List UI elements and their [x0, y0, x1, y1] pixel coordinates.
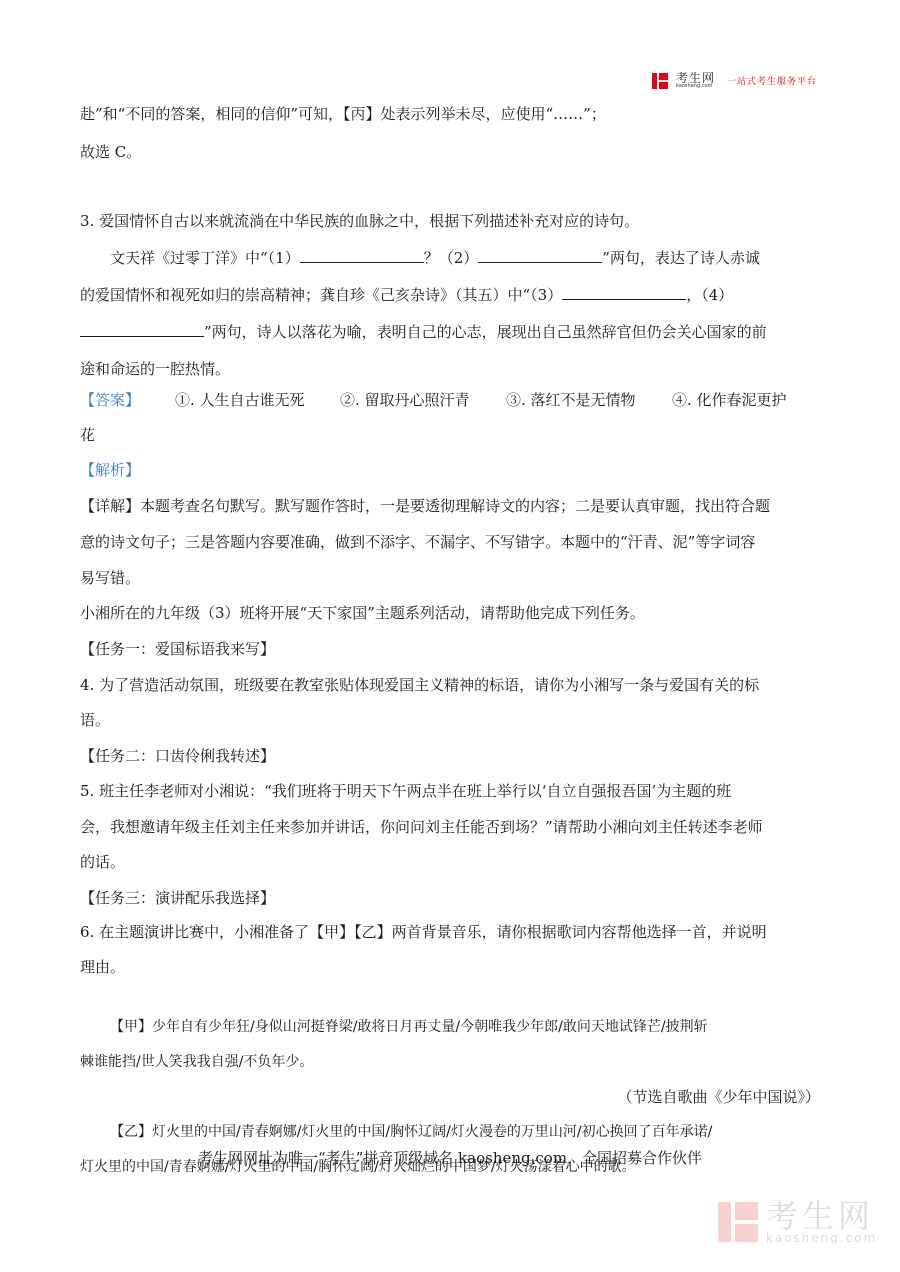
task2-title: 【任务二：口齿伶俐我转述】	[80, 746, 275, 766]
q4-line1: 4. 为了营造活动氛围，班级要在教室张贴体现爱国主义精神的标语，请你为小湘写一条…	[80, 675, 759, 695]
q3-para-line2: 的爱国情怀和视死如归的崇高精神；龚自珍《己亥杂诗》（其五）中“（3），（4）	[80, 285, 733, 305]
lyrics-jia-line2: 棘谁能挡/世人笑我我自强/不负年少。	[80, 1052, 313, 1072]
task3-title: 【任务三：演讲配乐我选择】	[80, 888, 275, 908]
text: 文天祥《过零丁洋》中“（1）	[110, 249, 300, 267]
detail-line3: 易写错。	[80, 568, 140, 588]
prev-answer-line2: 故选 C。	[80, 142, 141, 162]
prev-answer-line1: 赴”和“不同的答案，相同的信仰”可知，【丙】处表示列举未尽，应使用“……”；	[80, 104, 606, 124]
watermark-en: kaosheng.com	[766, 1232, 877, 1244]
answer-1: ①. 人生自古谁无死	[175, 390, 340, 410]
lyrics-jia-source: （节选自歌曲《少年中国说》）	[617, 1087, 820, 1107]
answer-4: ④. 化作春泥更护	[672, 390, 787, 410]
q6-line2: 理由。	[80, 957, 125, 977]
header-logo: 考生网 kaosheng.com 一站式考生服务平台	[652, 72, 817, 89]
watermark-text: 考生网 kaosheng.com	[766, 1200, 877, 1244]
watermark-cn: 考生网	[766, 1200, 877, 1232]
detail-line2: 意的诗文句子；三是答题内容要准确，做到不添字、不漏字、不写错字。本题中的“汗青、…	[80, 532, 755, 552]
text: ？（2）	[424, 249, 479, 267]
kaosheng-logo-icon	[652, 73, 668, 89]
q3-answer-line: 【答案】 ①. 人生自古谁无死 ②. 留取丹心照汗青 ③. 落红不是无情物 ④.…	[80, 390, 820, 410]
q3-para-line1: 文天祥《过零丁洋》中“（1）？（2）”两句，表达了诗人赤诚	[80, 248, 760, 268]
text: ”两句，表达了诗人赤诚	[602, 249, 760, 267]
text: 的爱国情怀和视死如归的崇高精神；龚自珍《己亥杂诗》（其五）中“（3）	[80, 286, 562, 304]
logo-slogan: 一站式考生服务平台	[727, 74, 817, 87]
logo-en: kaosheng.com	[676, 84, 715, 89]
detail-line1: 【详解】本题考查名句默写。默写题作答时，一是要透彻理解诗文的内容；二是要认真审题…	[80, 496, 770, 516]
answer-tail: 花	[80, 425, 95, 445]
blank-4	[80, 322, 204, 337]
q5-line2: 会，我想邀请年级主任刘主任来参加并讲话，你问问刘主任能否到场？”请帮助小湘向刘主…	[80, 817, 763, 837]
answer-label: 【答案】	[80, 390, 175, 410]
lyrics-yi-line1: 【乙】灯火里的中国/青春婀娜/灯火里的中国/胸怀辽阔/灯火漫卷的万里山河/初心换…	[80, 1122, 712, 1142]
analysis-label: 【解析】	[80, 460, 140, 480]
answer-2: ②. 留取丹心照汗青	[340, 390, 506, 410]
answer-3: ③. 落红不是无情物	[506, 390, 672, 410]
watermark-logo: 考生网 kaosheng.com	[718, 1200, 877, 1244]
logo-text: 考生网 kaosheng.com	[676, 72, 715, 89]
text: ”两句，诗人以落花为喻，表明自己的心志，展现出自己虽然辞官但仍会关心国家的前	[204, 323, 767, 341]
q3-stem: 3. 爱国情怀自古以来就流淌在中华民族的血脉之中，根据下列描述补充对应的诗句。	[80, 211, 639, 231]
task1-title: 【任务一：爱国标语我来写】	[80, 639, 275, 659]
q4-line2: 语。	[80, 710, 110, 730]
q6-line1: 6. 在主题演讲比赛中，小湘准备了【甲】【乙】两首背景音乐，请你根据歌词内容帮他…	[80, 922, 767, 942]
q3-para-line4: 途和命运的一腔热情。	[80, 359, 230, 379]
footer-text: 考生网网址为唯一“考生”拼音顶级域名 kaosheng.com，全国招募合作伙伴	[0, 1147, 900, 1168]
text: ，（4）	[686, 286, 733, 304]
intro-line: 小湘所在的九年级（3）班将开展“天下家国”主题系列活动，请帮助他完成下列任务。	[80, 603, 645, 623]
blank-3	[562, 285, 686, 300]
q5-line1: 5. 班主任李老师对小湘说：“我们班将于明天下午两点半在班上举行以‘自立自强报吾…	[80, 781, 731, 801]
lyrics-jia-line1: 【甲】少年自有少年狂/身似山河挺脊梁/敢将日月再丈量/今朝唯我少年郎/敢问天地试…	[80, 1017, 708, 1037]
blank-1	[300, 248, 424, 263]
blank-2	[478, 248, 602, 263]
q5-line3: 的话。	[80, 852, 125, 872]
q3-para-line3: ”两句，诗人以落花为喻，表明自己的心志，展现出自己虽然辞官但仍会关心国家的前	[80, 322, 767, 342]
watermark-logo-icon	[718, 1202, 758, 1242]
